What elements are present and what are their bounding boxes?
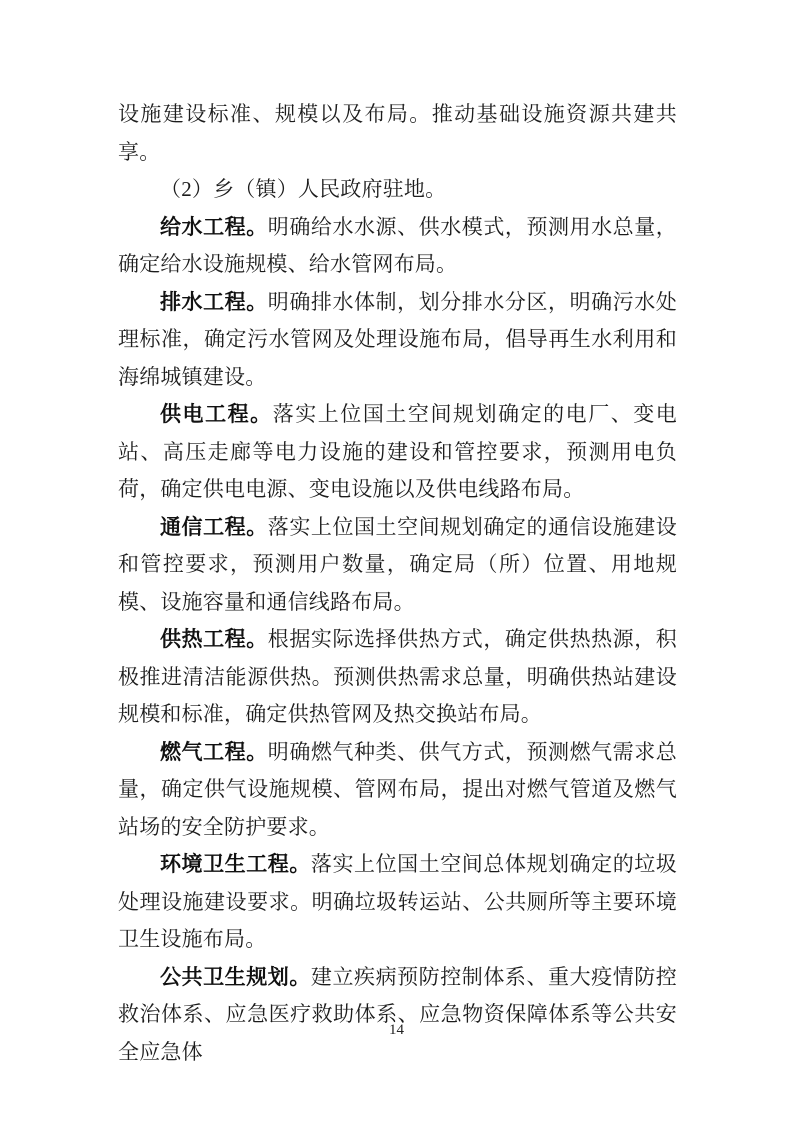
paragraph-water-supply: 给水工程。明确给水水源、供水模式，预测用水总量，确定给水设施规模、给水管网布局。: [118, 209, 677, 284]
paragraph-body: （2）乡（镇）人民政府驻地。: [160, 177, 446, 201]
paragraph-lead: 排水工程。: [160, 291, 268, 314]
page-number-footer: 14: [0, 1020, 793, 1040]
paragraph-lead: 通信工程。: [160, 516, 268, 539]
paragraph-heating: 供热工程。根据实际选择供热方式，确定供热热源，积极推进清洁能源供热。预测供热需求…: [118, 621, 677, 734]
paragraph-drainage: 排水工程。明确排水体制，划分排水分区，明确污水处理标准，确定污水管网及处理设施布…: [118, 284, 677, 397]
paragraph-public-health: 公共卫生规划。建立疾病预防控制体系、重大疫情防控救治体系、应急医疗救助体系、应急…: [118, 959, 677, 1072]
paragraph-lead: 供电工程。: [160, 403, 273, 426]
paragraph-continuation: 设施建设标准、规模以及布局。推动基础设施资源共建共享。: [118, 96, 677, 171]
paragraph-lead: 环境卫生工程。: [160, 853, 311, 876]
paragraph-lead: 公共卫生规划。: [160, 966, 311, 989]
paragraph-lead: 燃气工程。: [160, 741, 268, 764]
paragraph-lead: 给水工程。: [160, 216, 268, 239]
paragraph-communication: 通信工程。落实上位国土空间规划确定的通信设施建设和管控要求，预测用户数量，确定局…: [118, 509, 677, 622]
paragraph-lead: 供热工程。: [160, 628, 268, 651]
paragraph-power-supply: 供电工程。落实上位国土空间规划确定的电厂、变电站、高压走廊等电力设施的建设和管控…: [118, 396, 677, 509]
text-content: 设施建设标准、规模以及布局。推动基础设施资源共建共享。 （2）乡（镇）人民政府驻…: [118, 96, 677, 1071]
paragraph-gas: 燃气工程。明确燃气种类、供气方式，预测燃气需求总量，确定供气设施规模、管网布局，…: [118, 734, 677, 847]
paragraph-body: 设施建设标准、规模以及布局。推动基础设施资源共建共享。: [118, 102, 677, 164]
document-page: 设施建设标准、规模以及布局。推动基础设施资源共建共享。 （2）乡（镇）人民政府驻…: [0, 0, 793, 1122]
paragraph-subheading-town-seat: （2）乡（镇）人民政府驻地。: [118, 171, 677, 209]
paragraph-environmental-sanitation: 环境卫生工程。落实上位国土空间总体规划确定的垃圾处理设施建设要求。明确垃圾转运站…: [118, 846, 677, 959]
